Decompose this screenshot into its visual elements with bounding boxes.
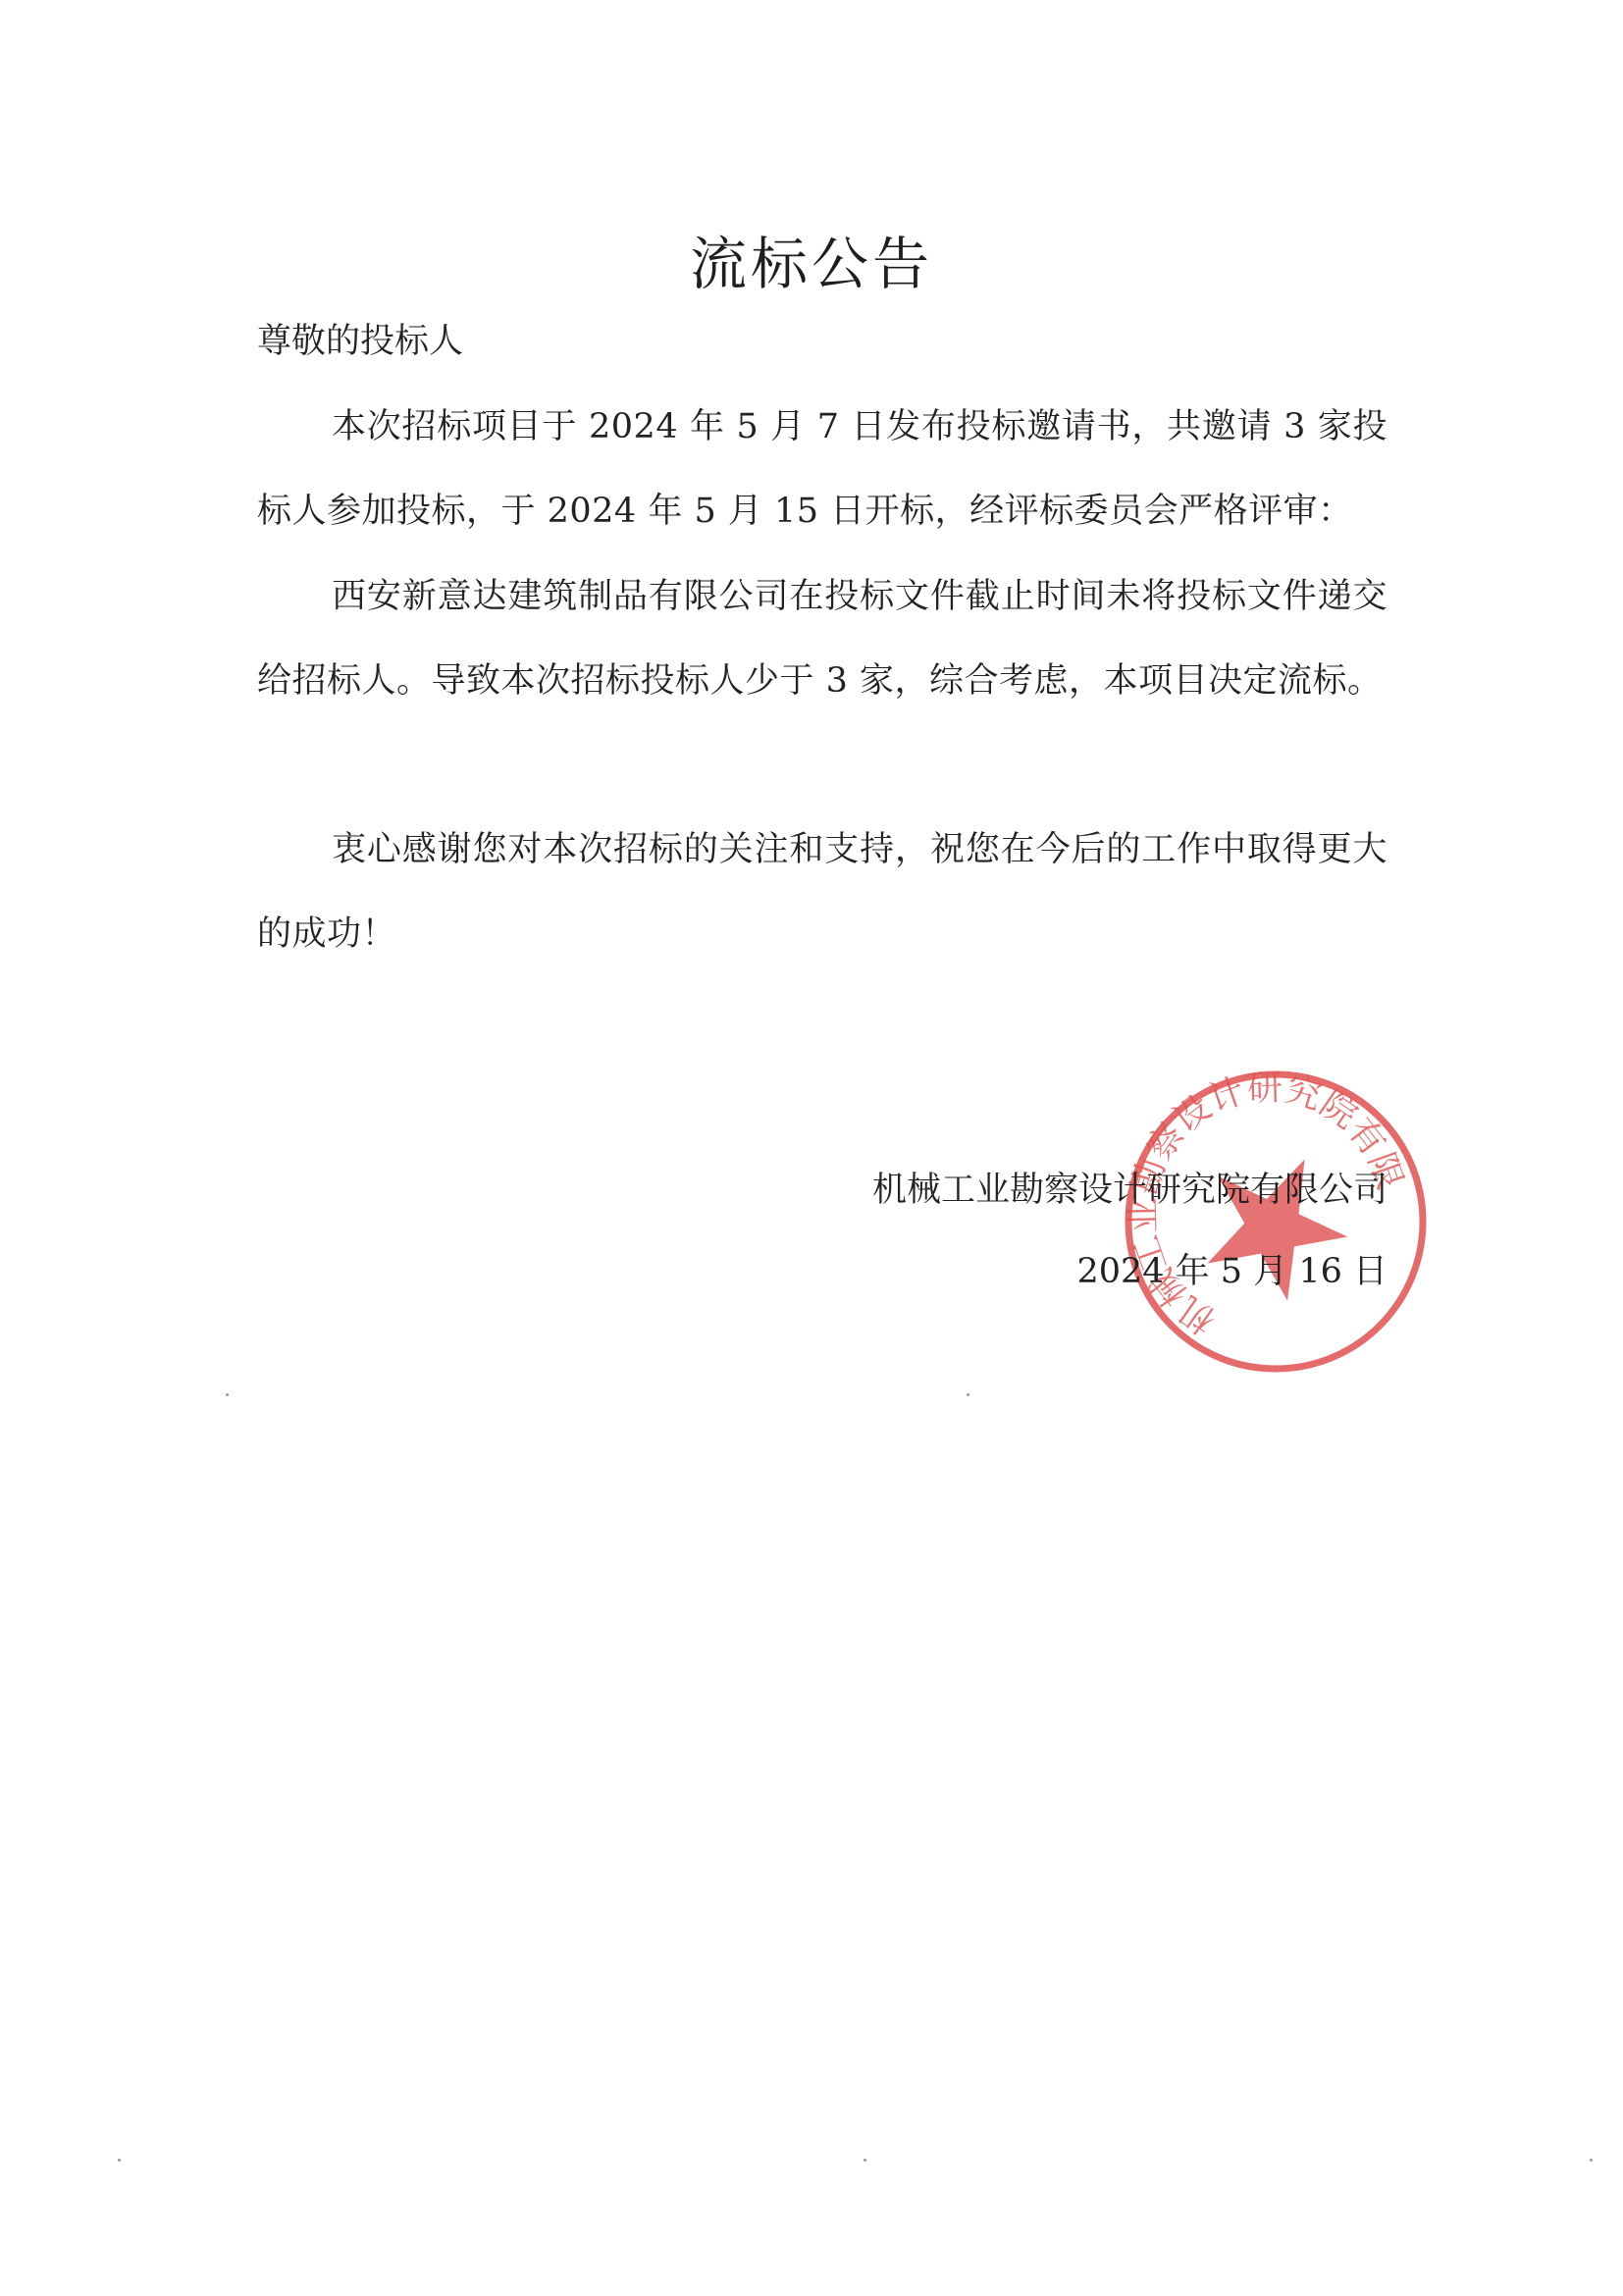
- seal-text: 机械工业勘察设计研究院有限公司: [1114, 1060, 1422, 1380]
- salutation: 尊敬的投标人: [257, 314, 463, 363]
- paragraph-thanks: 衷心感谢您对本次招标的关注和支持，祝您在今后的工作中取得更大的成功！: [257, 808, 1387, 976]
- signature-date: 2024 年 5 月 16 日: [1076, 1244, 1387, 1293]
- document-title: 流标公告: [0, 218, 1623, 300]
- scan-speck: [226, 1393, 229, 1396]
- svg-text:机械工业勘察设计研究院有限公司: 机械工业勘察设计研究院有限公司: [1114, 1060, 1422, 1380]
- scan-speck: [864, 2159, 866, 2162]
- signature-company: 机械工业勘察设计研究院有限公司: [872, 1163, 1387, 1212]
- scan-speck: [967, 1393, 969, 1396]
- scan-speck: [118, 2159, 121, 2162]
- paragraph-failure-reason: 西安新意达建筑制品有限公司在投标文件截止时间未将投标文件递交给招标人。导致本次招…: [257, 554, 1387, 723]
- company-seal-icon: 机械工业勘察设计研究院有限公司: [1114, 1060, 1438, 1383]
- scan-speck: [1590, 2159, 1593, 2162]
- paragraph-bid-info: 本次招标项目于 2024 年 5 月 7 日发布投标邀请书，共邀请 3 家投标人…: [257, 385, 1387, 553]
- document-page: 流标公告 尊敬的投标人 本次招标项目于 2024 年 5 月 7 日发布投标邀请…: [0, 0, 1623, 2296]
